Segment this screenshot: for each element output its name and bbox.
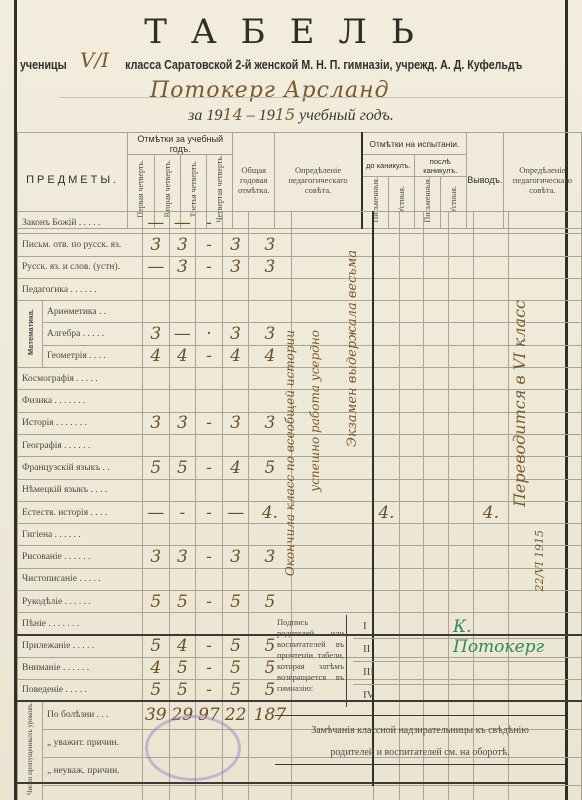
before-vacation-header: до каникулъ. bbox=[362, 155, 414, 177]
subject-name: Пѣніе . . . . . . . bbox=[18, 613, 143, 635]
grade-cell bbox=[142, 390, 169, 412]
exam-cell bbox=[424, 479, 449, 501]
report-card-page: ТАБЕЛЬ ученицы класса Саратовской 2-й же… bbox=[0, 0, 582, 800]
grade-cell bbox=[222, 524, 249, 546]
grade-cell bbox=[222, 434, 249, 456]
exam-cell bbox=[449, 457, 474, 479]
grade-cell: 4 bbox=[142, 657, 169, 679]
table-row: Алгебра . . . . .3—·33 bbox=[18, 323, 582, 345]
grade-cell bbox=[222, 390, 249, 412]
council-cell bbox=[291, 390, 373, 412]
conclusion-cell bbox=[473, 546, 508, 568]
grade-cell: — bbox=[222, 501, 249, 523]
grade-cell: · bbox=[196, 323, 223, 345]
grade-cell: 3 bbox=[169, 256, 196, 278]
council-cell bbox=[291, 323, 373, 345]
signature-row-3[interactable]: III bbox=[353, 661, 565, 685]
council-cell bbox=[291, 212, 373, 234]
exam-cell bbox=[399, 278, 424, 300]
table-row: Нѣмецкій языкъ . . . . bbox=[18, 479, 582, 501]
grade-cell: 5 bbox=[222, 591, 249, 613]
exam-cell bbox=[424, 278, 449, 300]
grade-cell bbox=[249, 278, 291, 300]
conclusion-cell bbox=[473, 278, 508, 300]
exam-cell bbox=[449, 234, 474, 256]
grade-cell bbox=[142, 479, 169, 501]
subject-name: Геометрія . . . . bbox=[43, 345, 143, 367]
table-row: Гигіена . . . . . . bbox=[18, 524, 582, 546]
grade-cell: — bbox=[142, 256, 169, 278]
exam-cell bbox=[449, 278, 474, 300]
exam-cell bbox=[449, 434, 474, 456]
grade-cell bbox=[142, 613, 169, 635]
grade-cell: - bbox=[196, 256, 223, 278]
year-start-handwritten: 14 bbox=[222, 105, 242, 124]
exam-cell bbox=[449, 212, 474, 234]
grade-cell: 5 bbox=[142, 457, 169, 479]
subject-name: Географія . . . . . . bbox=[18, 434, 143, 456]
exam-written-cell bbox=[373, 368, 399, 390]
exam-written-cell bbox=[373, 212, 399, 234]
subject-name: Ариѳметика . . bbox=[43, 301, 143, 323]
exam-cell bbox=[399, 568, 424, 590]
exam-cell bbox=[399, 412, 424, 434]
exam-written-cell bbox=[373, 479, 399, 501]
exam-cell bbox=[424, 591, 449, 613]
council-cell bbox=[291, 368, 373, 390]
grade-cell: 3 bbox=[169, 234, 196, 256]
exam-cell bbox=[449, 591, 474, 613]
conclusion-cell bbox=[473, 412, 508, 434]
grade-cell: — bbox=[169, 323, 196, 345]
council-cell bbox=[291, 501, 373, 523]
exam-written-cell bbox=[373, 301, 399, 323]
grade-cell bbox=[142, 524, 169, 546]
grade-cell bbox=[196, 479, 223, 501]
grade-cell bbox=[222, 212, 249, 234]
conclusion-cell bbox=[473, 479, 508, 501]
exam-cell bbox=[449, 345, 474, 367]
school-year-line: за 1914 – 1915 учебный годъ. bbox=[0, 105, 582, 125]
grade-cell: 5 bbox=[222, 657, 249, 679]
council-cell bbox=[291, 591, 373, 613]
council-cell bbox=[291, 345, 373, 367]
grade-cell: - bbox=[196, 657, 223, 679]
grade-cell bbox=[169, 434, 196, 456]
grade-cell bbox=[222, 613, 249, 635]
grade-cell bbox=[196, 434, 223, 456]
exam-cell bbox=[424, 501, 449, 523]
bottom-rule bbox=[17, 782, 565, 784]
table-row: Физика . . . . . . . bbox=[18, 390, 582, 412]
council-cell bbox=[291, 457, 373, 479]
grade-cell: 3 bbox=[142, 546, 169, 568]
subject-name: Законъ Божій . . . . . bbox=[18, 212, 143, 234]
class-number-handwritten: V/I bbox=[80, 48, 109, 72]
grade-cell: 3 bbox=[169, 546, 196, 568]
table-row: Геометрія . . . .44-44 bbox=[18, 345, 582, 367]
grade-cell bbox=[249, 301, 291, 323]
grade-cell: — bbox=[142, 212, 169, 234]
subject-name: Алгебра . . . . . bbox=[43, 323, 143, 345]
conclusion-cell bbox=[473, 301, 508, 323]
grade-cell: 4 bbox=[222, 345, 249, 367]
grade-cell bbox=[169, 278, 196, 300]
exam-cell bbox=[424, 434, 449, 456]
council-cell bbox=[291, 256, 373, 278]
exam-cell bbox=[399, 212, 424, 234]
council-cell bbox=[291, 546, 373, 568]
subject-name: Русск. яз. и слов. (устн). bbox=[18, 256, 143, 278]
council-cell bbox=[291, 234, 373, 256]
subject-name: Нѣмецкій языкъ . . . . bbox=[18, 479, 143, 501]
conclusion-cell: 4. bbox=[473, 501, 508, 523]
exam-cell bbox=[424, 568, 449, 590]
exam-cell bbox=[399, 434, 424, 456]
subject-name: Физика . . . . . . . bbox=[18, 390, 143, 412]
exam-cell bbox=[449, 301, 474, 323]
table-row: Исторія . . . . . . .33-33 bbox=[18, 412, 582, 434]
exam-written-cell bbox=[373, 524, 399, 546]
conclusion-cell bbox=[473, 234, 508, 256]
grade-cell bbox=[142, 278, 169, 300]
grade-cell: 5 bbox=[249, 591, 291, 613]
marks-year-header: Отмѣтки за учебный годъ. bbox=[128, 133, 233, 155]
exam-cell bbox=[399, 591, 424, 613]
grade-cell: - bbox=[196, 591, 223, 613]
grade-cell: 3 bbox=[222, 234, 249, 256]
grade-cell: - bbox=[196, 679, 223, 701]
quarter-1-header: Первая четверть. bbox=[136, 160, 145, 218]
grade-cell: - bbox=[196, 212, 223, 234]
subject-name: Французскій языкъ . . bbox=[18, 457, 143, 479]
exam-cell bbox=[399, 524, 424, 546]
grade-cell bbox=[196, 613, 223, 635]
table-row: Французскій языкъ . .55-45 bbox=[18, 457, 582, 479]
exam-written-cell: 4. bbox=[373, 501, 399, 523]
exam-written-cell bbox=[373, 256, 399, 278]
council-cell bbox=[291, 412, 373, 434]
grade-cell bbox=[196, 524, 223, 546]
grade-cell bbox=[196, 568, 223, 590]
table-row: Педагогика . . . . . . bbox=[18, 278, 582, 300]
subject-name: Рисованіе . . . . . . bbox=[18, 546, 143, 568]
conclusion-cell bbox=[473, 256, 508, 278]
table-row: Рукодѣліе . . . . . .55-55 bbox=[18, 591, 582, 613]
table-row: Географія . . . . . . bbox=[18, 434, 582, 456]
exam-written-cell bbox=[373, 390, 399, 412]
exam-cell bbox=[424, 524, 449, 546]
table-row: Математика.Ариѳметика . . bbox=[18, 301, 582, 323]
exam-cell bbox=[449, 368, 474, 390]
document-title: ТАБЕЛЬ bbox=[0, 12, 582, 52]
subject-name: Чистописаніе . . . . . bbox=[18, 568, 143, 590]
exam-written-cell bbox=[373, 457, 399, 479]
grade-cell: 5 bbox=[142, 635, 169, 657]
grade-cell: 3 bbox=[169, 412, 196, 434]
grade-cell: - bbox=[196, 501, 223, 523]
exam-cell bbox=[424, 345, 449, 367]
signature-row-2[interactable]: II bbox=[353, 638, 565, 662]
grade-cell: 3 bbox=[142, 234, 169, 256]
grade-cell bbox=[249, 212, 291, 234]
council-note-2-handwritten: успешно работа усердно bbox=[308, 330, 322, 492]
school-stamp bbox=[145, 715, 241, 781]
signature-row-1[interactable]: IК. Потокерг bbox=[353, 615, 565, 639]
exam-written-cell bbox=[373, 568, 399, 590]
exam-cell bbox=[424, 301, 449, 323]
exam-cell bbox=[424, 368, 449, 390]
grade-cell: 4 bbox=[169, 345, 196, 367]
grade-cell bbox=[222, 301, 249, 323]
grade-cell bbox=[196, 368, 223, 390]
exam-cell bbox=[399, 390, 424, 412]
council-cell bbox=[291, 301, 373, 323]
exam-written-cell bbox=[373, 412, 399, 434]
subject-name: Исторія . . . . . . . bbox=[18, 412, 143, 434]
exam-note-handwritten: Экзамен выдержала весьма bbox=[345, 250, 360, 447]
grade-cell: 5 bbox=[222, 635, 249, 657]
table-row: Космографія . . . . . bbox=[18, 368, 582, 390]
exam-cell bbox=[424, 212, 449, 234]
grade-cell bbox=[222, 568, 249, 590]
final-council-cell bbox=[509, 234, 582, 256]
exam-cell bbox=[399, 301, 424, 323]
exam-cell bbox=[399, 234, 424, 256]
conclusion-cell bbox=[473, 434, 508, 456]
exam-cell bbox=[424, 390, 449, 412]
grade-cell: 3 bbox=[142, 412, 169, 434]
grade-cell: - bbox=[196, 635, 223, 657]
student-prefix: ученицы bbox=[20, 57, 67, 72]
exam-cell bbox=[449, 412, 474, 434]
grade-cell: 3 bbox=[249, 256, 291, 278]
grade-cell bbox=[169, 479, 196, 501]
grade-cell bbox=[169, 568, 196, 590]
student-name-handwritten: Потокерг Арсланд bbox=[150, 78, 390, 103]
grade-cell: - bbox=[196, 546, 223, 568]
grade-cell: 5 bbox=[169, 457, 196, 479]
grade-cell: — bbox=[142, 501, 169, 523]
grade-cell: 4 bbox=[142, 345, 169, 367]
conclusion-cell bbox=[473, 457, 508, 479]
grade-cell: 5 bbox=[222, 679, 249, 701]
exam-cell bbox=[399, 323, 424, 345]
council-cell bbox=[291, 479, 373, 501]
grade-cell: 3 bbox=[142, 323, 169, 345]
table-row: Рисованіе . . . . . .33-33 bbox=[18, 546, 582, 568]
grade-cell bbox=[169, 524, 196, 546]
quarter-3-header: Третья четверть. bbox=[189, 161, 198, 217]
exam-cell bbox=[399, 256, 424, 278]
exam-cell bbox=[424, 546, 449, 568]
grade-cell: - bbox=[196, 412, 223, 434]
conclusion-cell bbox=[473, 568, 508, 590]
subject-name: Рукодѣліе . . . . . . bbox=[18, 591, 143, 613]
grade-cell: 5 bbox=[142, 591, 169, 613]
grade-cell: 5 bbox=[169, 679, 196, 701]
grade-cell bbox=[142, 301, 169, 323]
grade-cell bbox=[169, 613, 196, 635]
grade-cell bbox=[169, 390, 196, 412]
grade-cell: 5 bbox=[169, 657, 196, 679]
subject-name: Прилежаніе . . . . . bbox=[18, 635, 143, 657]
exam-marks-header: Отмѣтки на испытаніи. bbox=[362, 133, 466, 155]
grade-cell bbox=[222, 278, 249, 300]
grade-cell: - bbox=[196, 234, 223, 256]
subject-name: Поведеніе . . . . . bbox=[18, 679, 143, 701]
grade-cell: 4 bbox=[169, 635, 196, 657]
conclusion-cell bbox=[473, 323, 508, 345]
grade-cell bbox=[169, 368, 196, 390]
exam-cell bbox=[449, 546, 474, 568]
exam-cell bbox=[424, 412, 449, 434]
council-cell bbox=[291, 524, 373, 546]
exam-cell bbox=[424, 323, 449, 345]
final-council-cell bbox=[509, 591, 582, 613]
grade-cell: — bbox=[169, 212, 196, 234]
math-group-label: Математика. bbox=[26, 309, 35, 355]
final-council-cell bbox=[509, 212, 582, 234]
grade-cell bbox=[142, 368, 169, 390]
quarter-2-header: Вторая четверть. bbox=[163, 160, 172, 217]
exam-cell bbox=[449, 390, 474, 412]
exam-cell bbox=[449, 501, 474, 523]
grade-cell: 5 bbox=[142, 679, 169, 701]
exam-cell bbox=[424, 457, 449, 479]
exam-cell bbox=[424, 256, 449, 278]
subject-name: Педагогика . . . . . . bbox=[18, 278, 143, 300]
signature-row-4[interactable]: IV bbox=[353, 684, 565, 707]
final-council-cell bbox=[509, 278, 582, 300]
grade-cell bbox=[222, 479, 249, 501]
grade-cell bbox=[196, 301, 223, 323]
table-row: Русск. яз. и слов. (устн).—3-33 bbox=[18, 256, 582, 278]
exam-written-cell bbox=[373, 234, 399, 256]
exam-cell bbox=[399, 345, 424, 367]
exam-cell bbox=[449, 524, 474, 546]
conclusion-cell bbox=[473, 591, 508, 613]
subject-name: Гигіена . . . . . . bbox=[18, 524, 143, 546]
final-date-handwritten: 22/VI 1915 bbox=[533, 530, 546, 591]
exam-oral-after-header: Устныя. bbox=[449, 186, 458, 213]
exam-cell bbox=[449, 256, 474, 278]
conclusion-cell bbox=[473, 212, 508, 234]
table-row: Письм. отв. по русск. яз.33-33 bbox=[18, 234, 582, 256]
exam-cell bbox=[449, 479, 474, 501]
conclusion-cell bbox=[473, 368, 508, 390]
student-class-text: класса Саратовской 2-й женской М. Н. П. … bbox=[125, 57, 522, 72]
subject-name: „ уважит. причин. bbox=[43, 729, 143, 757]
subject-name: Естеств. исторія . . . . bbox=[18, 501, 143, 523]
exam-written-cell bbox=[373, 323, 399, 345]
grade-cell: 3 bbox=[222, 546, 249, 568]
exam-written-cell bbox=[373, 434, 399, 456]
exam-cell bbox=[399, 457, 424, 479]
grade-cell bbox=[169, 301, 196, 323]
exam-cell bbox=[399, 368, 424, 390]
grade-cell: 3 bbox=[222, 323, 249, 345]
table-row: Естеств. исторія . . . .—--—4.4.4. bbox=[18, 501, 582, 523]
table-row: Чистописаніе . . . . . bbox=[18, 568, 582, 590]
exam-cell bbox=[399, 546, 424, 568]
subject-name: Письм. отв. по русск. яз. bbox=[18, 234, 143, 256]
exam-written-cell bbox=[373, 591, 399, 613]
conclusion-cell bbox=[473, 345, 508, 367]
council-cell bbox=[291, 278, 373, 300]
subject-name: Космографія . . . . . bbox=[18, 368, 143, 390]
grade-cell bbox=[196, 278, 223, 300]
grade-cell: 3 bbox=[222, 412, 249, 434]
grade-cell: 4 bbox=[222, 457, 249, 479]
subject-name: По болѣзни . . . bbox=[43, 701, 143, 729]
parent-signature-block: Подпись родителей или воспитателей въ пр… bbox=[275, 615, 565, 707]
exam-written-cell bbox=[373, 546, 399, 568]
grade-cell bbox=[142, 434, 169, 456]
grade-cell: - bbox=[169, 501, 196, 523]
exam-cell bbox=[399, 479, 424, 501]
exam-written-cell bbox=[373, 278, 399, 300]
grade-cell bbox=[222, 368, 249, 390]
final-decision-handwritten: Переводится в VI класс bbox=[510, 300, 529, 507]
exam-cell bbox=[424, 234, 449, 256]
exam-cell bbox=[399, 501, 424, 523]
grade-cell: 5 bbox=[169, 591, 196, 613]
signature-instructions: Подпись родителей или воспитателей въ пр… bbox=[275, 615, 347, 707]
exam-written-cell bbox=[373, 345, 399, 367]
grade-cell: 3 bbox=[249, 234, 291, 256]
grade-cell bbox=[196, 390, 223, 412]
grade-cell bbox=[142, 568, 169, 590]
grade-cell: - bbox=[196, 457, 223, 479]
year-end-handwritten: 15 bbox=[275, 105, 295, 124]
council-cell bbox=[291, 568, 373, 590]
conclusion-cell bbox=[473, 390, 508, 412]
conclusion-cell bbox=[473, 524, 508, 546]
grade-cell: 3 bbox=[222, 256, 249, 278]
after-vacation-header: послѣ каникулъ. bbox=[414, 155, 466, 177]
exam-oral-before-header: Устныя. bbox=[397, 186, 406, 213]
subjects-table: Законъ Божій . . . . .——-Письм. отв. по … bbox=[17, 211, 582, 800]
exam-cell bbox=[449, 323, 474, 345]
grade-cell: - bbox=[196, 345, 223, 367]
final-council-cell bbox=[509, 256, 582, 278]
council-note-1-handwritten: Окончила класс по всеобщей истории bbox=[283, 330, 297, 576]
subject-name: Вниманіе . . . . . . bbox=[18, 657, 143, 679]
council-cell bbox=[291, 434, 373, 456]
supervisor-remarks-note: Замѣчанія классной надзирательницы къ св… bbox=[275, 715, 565, 765]
table-row: Законъ Божій . . . . .——- bbox=[18, 212, 582, 234]
exam-cell bbox=[449, 568, 474, 590]
name-underline bbox=[60, 97, 565, 98]
table-row-blank bbox=[18, 785, 582, 800]
